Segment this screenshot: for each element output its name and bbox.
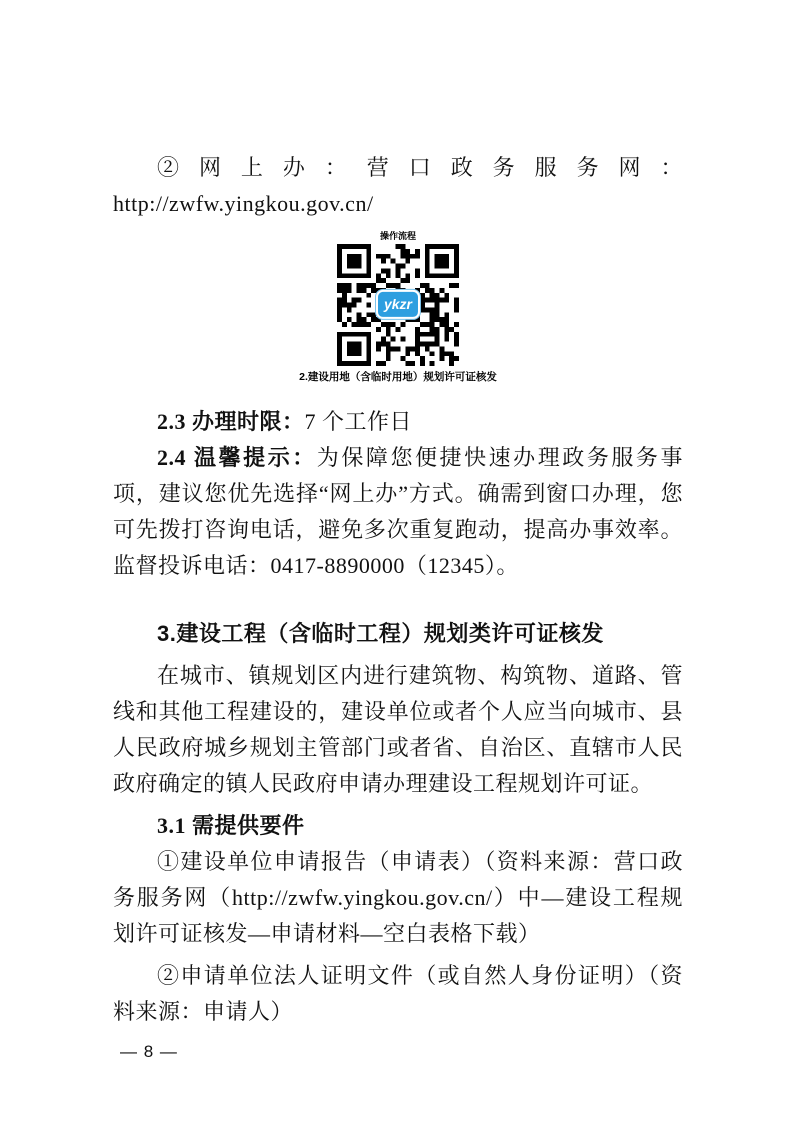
section-2-3-text: 7 个工作日 (305, 409, 413, 434)
section-3-heading: 3.建设工程（含临时工程）规划类许可证核发 (113, 616, 683, 652)
qr-center-logo: ykzr (376, 290, 420, 319)
page-number: — 8 — (120, 1042, 178, 1062)
page-content: ②网上办：营口政务服务网：http://zwfw.yingkou.gov.cn/… (113, 150, 683, 1030)
requirement-item-2: ②申请单位法人证明文件（或自然人身份证明）（资料来源：申请人） (113, 958, 683, 1030)
qr-figure: 操作流程 ykzr 2.建设用地（含临时用地）规划许可证核发 (113, 230, 683, 384)
section-3-intro: 在城市、镇规划区内进行建筑物、构筑物、道路、管线和其他工程建设的，建设单位或者个… (113, 658, 683, 802)
online-channel-line: ②网上办：营口政务服务网：http://zwfw.yingkou.gov.cn/ (113, 150, 683, 222)
qr-top-label: 操作流程 (380, 230, 416, 242)
section-3-1-label: 3.1 需提供要件 (157, 813, 305, 838)
qr-caption: 2.建设用地（含临时用地）规划许可证核发 (299, 370, 497, 384)
section-2-3: 2.3 办理时限：7 个工作日 (113, 404, 683, 440)
requirement-item-1: ①建设单位申请报告（申请表）（资料来源：营口政务服务网（http://zwfw.… (113, 844, 683, 952)
document-page: ②网上办：营口政务服务网：http://zwfw.yingkou.gov.cn/… (0, 0, 793, 1122)
section-3-1-heading: 3.1 需提供要件 (113, 808, 683, 844)
section-2-4: 2.4 温馨提示：为保障您便捷快速办理政务服务事项，建议您优先选择“网上办”方式… (113, 440, 683, 584)
section-2-4-label: 2.4 温馨提示： (157, 445, 317, 470)
section-2-3-label: 2.3 办理时限： (157, 409, 305, 434)
qr-code: ykzr (337, 244, 459, 366)
